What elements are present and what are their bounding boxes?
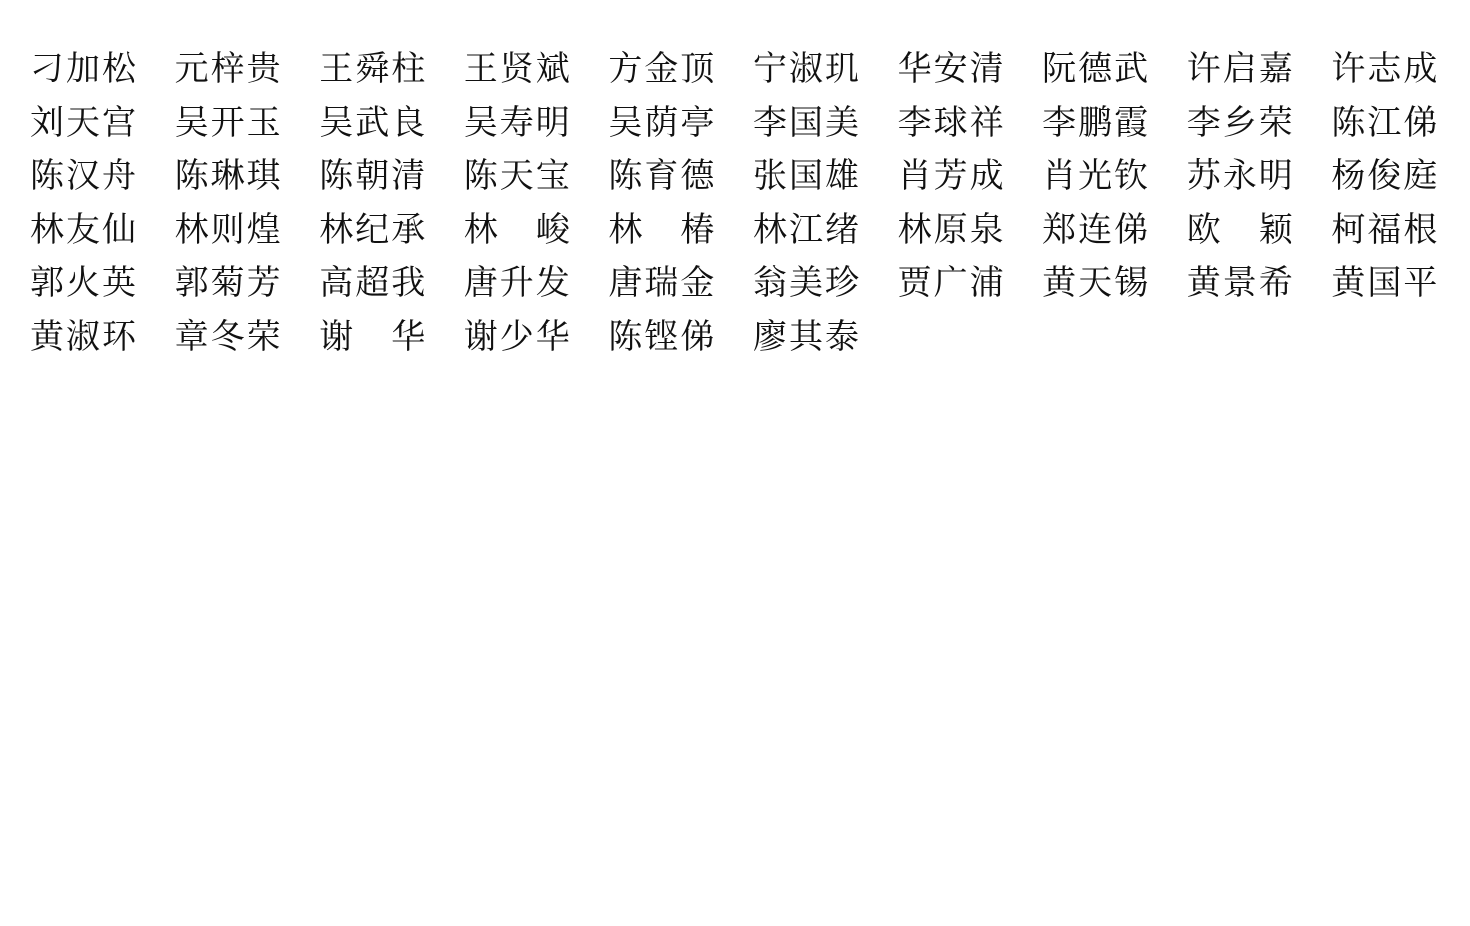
name-entry: 林则煌 bbox=[175, 206, 281, 254]
name-character: 锡 bbox=[1114, 259, 1148, 307]
name-character: 俤 bbox=[1114, 206, 1148, 254]
name-character: 美 bbox=[825, 99, 859, 147]
name-character: 淑 bbox=[66, 313, 100, 361]
name-character: 李 bbox=[1187, 99, 1221, 147]
name-entry: 元梓贵 bbox=[175, 45, 281, 93]
name-entry: 廖其泰 bbox=[753, 313, 859, 361]
name-entry: 李鹏霞 bbox=[1042, 99, 1148, 147]
name-character: 淑 bbox=[789, 45, 823, 93]
name-character: 承 bbox=[391, 206, 425, 254]
name-character: 泉 bbox=[970, 206, 1004, 254]
name-entry: 方金顶 bbox=[608, 45, 714, 93]
name-character: 唐 bbox=[608, 259, 642, 307]
name-character: 寿 bbox=[500, 99, 534, 147]
name-character: 少 bbox=[500, 313, 534, 361]
name-character: 柯 bbox=[1331, 206, 1365, 254]
name-character: 根 bbox=[1403, 206, 1437, 254]
name-character: 庭 bbox=[1403, 152, 1437, 200]
name-character: 启 bbox=[1223, 45, 1257, 93]
name-entry: 章冬荣 bbox=[175, 313, 281, 361]
name-character: 椿 bbox=[680, 206, 714, 254]
name-character: 原 bbox=[934, 206, 968, 254]
name-character: 仙 bbox=[102, 206, 136, 254]
name-character: 天 bbox=[66, 99, 100, 147]
name-character: 林 bbox=[608, 206, 642, 254]
name-entry: 王舜柱 bbox=[319, 45, 425, 93]
name-character: 梓 bbox=[211, 45, 245, 93]
name-entry: 谢华 bbox=[319, 313, 425, 361]
name-character: 超 bbox=[355, 259, 389, 307]
name-character: 陈 bbox=[1331, 99, 1365, 147]
name-entry: 黄景希 bbox=[1187, 259, 1293, 307]
name-character: 朝 bbox=[355, 152, 389, 200]
name-character: 琳 bbox=[211, 152, 245, 200]
name-character: 贵 bbox=[247, 45, 281, 93]
name-character: 肖 bbox=[1042, 152, 1076, 200]
name-entry: 林纪承 bbox=[319, 206, 425, 254]
name-character: 德 bbox=[1078, 45, 1112, 93]
name-character: 吴 bbox=[608, 99, 642, 147]
name-character: 宝 bbox=[536, 152, 570, 200]
name-entry: 欧颖 bbox=[1187, 206, 1293, 254]
name-entry: 李球祥 bbox=[898, 99, 1004, 147]
name-character: 其 bbox=[789, 313, 823, 361]
name-entry: 华安清 bbox=[898, 45, 1004, 93]
name-character: 元 bbox=[175, 45, 209, 93]
name-character: 方 bbox=[608, 45, 642, 93]
name-character: 宁 bbox=[753, 45, 787, 93]
name-character: 宫 bbox=[102, 99, 136, 147]
name-character: 肖 bbox=[898, 152, 932, 200]
name-entry: 翁美珍 bbox=[753, 259, 859, 307]
name-entry: 吴武良 bbox=[319, 99, 425, 147]
name-character: 加 bbox=[66, 45, 100, 93]
name-character: 安 bbox=[934, 45, 968, 93]
name-character: 清 bbox=[970, 45, 1004, 93]
name-character: 志 bbox=[1367, 45, 1401, 93]
name-entry: 吴开玉 bbox=[175, 99, 281, 147]
name-character: 郑 bbox=[1042, 206, 1076, 254]
name-character: 黄 bbox=[1042, 259, 1076, 307]
name-character: 亭 bbox=[680, 99, 714, 147]
name-character: 德 bbox=[680, 152, 714, 200]
name-character: 球 bbox=[934, 99, 968, 147]
name-character: 开 bbox=[211, 99, 245, 147]
name-entry: 谢少华 bbox=[464, 313, 570, 361]
name-character: 天 bbox=[1078, 259, 1112, 307]
name-character: 斌 bbox=[536, 45, 570, 93]
name-character: 林 bbox=[898, 206, 932, 254]
name-character: 黄 bbox=[1331, 259, 1365, 307]
name-character: 芳 bbox=[247, 259, 281, 307]
name-character: 纪 bbox=[355, 206, 389, 254]
name-character: 清 bbox=[391, 152, 425, 200]
name-entry: 阮德武 bbox=[1042, 45, 1148, 93]
name-character: 贾 bbox=[898, 259, 932, 307]
name-character: 李 bbox=[898, 99, 932, 147]
name-character: 雄 bbox=[825, 152, 859, 200]
name-entry: 郭火英 bbox=[30, 259, 136, 307]
name-entry: 陈铿俤 bbox=[608, 313, 714, 361]
name-character: 欧 bbox=[1187, 206, 1221, 254]
name-character: 菊 bbox=[211, 259, 245, 307]
name-character: 永 bbox=[1223, 152, 1257, 200]
name-character: 陈 bbox=[319, 152, 353, 200]
name-entry: 吴寿明 bbox=[464, 99, 570, 147]
name-character: 郭 bbox=[30, 259, 64, 307]
name-character: 连 bbox=[1078, 206, 1112, 254]
name-entry: 吴荫亭 bbox=[608, 99, 714, 147]
name-character: 鹏 bbox=[1078, 99, 1112, 147]
name-character: 霞 bbox=[1114, 99, 1148, 147]
name-character: 天 bbox=[500, 152, 534, 200]
name-character: 育 bbox=[644, 152, 678, 200]
name-character: 国 bbox=[789, 152, 823, 200]
name-character: 刁 bbox=[30, 45, 64, 93]
name-character: 英 bbox=[102, 259, 136, 307]
name-entry: 许启嘉 bbox=[1187, 45, 1293, 93]
name-list: 刁加松元梓贵王舜柱王贤斌方金顶宁淑玑华安清阮德武许启嘉许志成刘天宫吴开玉吴武良吴… bbox=[30, 45, 1470, 367]
name-character: 林 bbox=[175, 206, 209, 254]
name-character: 环 bbox=[102, 313, 136, 361]
name-character: 国 bbox=[789, 99, 823, 147]
name-entry: 郭菊芳 bbox=[175, 259, 281, 307]
name-character: 华 bbox=[898, 45, 932, 93]
name-character: 吴 bbox=[319, 99, 353, 147]
name-character: 我 bbox=[391, 259, 425, 307]
name-entry: 唐升发 bbox=[464, 259, 570, 307]
name-character: 荣 bbox=[247, 313, 281, 361]
name-character: 嘉 bbox=[1259, 45, 1293, 93]
name-character: 福 bbox=[1367, 206, 1401, 254]
name-character: 唐 bbox=[464, 259, 498, 307]
name-character: 金 bbox=[680, 259, 714, 307]
name-character: 铿 bbox=[644, 313, 678, 361]
name-character: 广 bbox=[934, 259, 968, 307]
name-entry: 陈汉舟 bbox=[30, 152, 136, 200]
name-character: 冬 bbox=[211, 313, 245, 361]
name-character: 玑 bbox=[825, 45, 859, 93]
name-character: 舟 bbox=[102, 152, 136, 200]
name-character: 友 bbox=[66, 206, 100, 254]
name-character: 平 bbox=[1403, 259, 1437, 307]
name-entry: 苏永明 bbox=[1187, 152, 1293, 200]
name-character: 章 bbox=[175, 313, 209, 361]
name-entry: 张国雄 bbox=[753, 152, 859, 200]
name-character: 许 bbox=[1187, 45, 1221, 93]
name-character: 华 bbox=[391, 313, 425, 361]
name-character: 陈 bbox=[30, 152, 64, 200]
name-character: 景 bbox=[1223, 259, 1257, 307]
name-entry: 林椿 bbox=[608, 206, 714, 254]
name-character: 张 bbox=[753, 152, 787, 200]
name-character: 祥 bbox=[970, 99, 1004, 147]
name-character: 明 bbox=[536, 99, 570, 147]
name-entry: 陈朝清 bbox=[319, 152, 425, 200]
name-character: 陈 bbox=[175, 152, 209, 200]
name-character: 谢 bbox=[319, 313, 353, 361]
name-entry: 郑连俤 bbox=[1042, 206, 1148, 254]
name-character: 黄 bbox=[30, 313, 64, 361]
name-character: 瑞 bbox=[644, 259, 678, 307]
name-character: 升 bbox=[500, 259, 534, 307]
name-character: 俊 bbox=[1367, 152, 1401, 200]
name-entry: 贾广浦 bbox=[898, 259, 1004, 307]
name-character: 俤 bbox=[1403, 99, 1437, 147]
name-character: 陈 bbox=[464, 152, 498, 200]
name-character: 柱 bbox=[391, 45, 425, 93]
name-entry: 林峻 bbox=[464, 206, 570, 254]
name-character: 武 bbox=[355, 99, 389, 147]
name-character: 煌 bbox=[247, 206, 281, 254]
name-entry: 黄淑环 bbox=[30, 313, 136, 361]
name-entry: 李国美 bbox=[753, 99, 859, 147]
name-character: 江 bbox=[789, 206, 823, 254]
name-character: 廖 bbox=[753, 313, 787, 361]
name-character: 则 bbox=[211, 206, 245, 254]
name-entry: 黄国平 bbox=[1331, 259, 1437, 307]
name-character: 林 bbox=[464, 206, 498, 254]
name-character: 浦 bbox=[970, 259, 1004, 307]
name-character: 金 bbox=[644, 45, 678, 93]
name-entry: 王贤斌 bbox=[464, 45, 570, 93]
name-entry: 肖芳成 bbox=[898, 152, 1004, 200]
name-character: 顶 bbox=[680, 45, 714, 93]
name-character: 俤 bbox=[680, 313, 714, 361]
name-character: 乡 bbox=[1223, 99, 1257, 147]
name-character: 郭 bbox=[175, 259, 209, 307]
name-character: 荫 bbox=[644, 99, 678, 147]
name-character: 发 bbox=[536, 259, 570, 307]
name-character: 舜 bbox=[355, 45, 389, 93]
name-character: 美 bbox=[789, 259, 823, 307]
name-character: 王 bbox=[464, 45, 498, 93]
name-character: 珍 bbox=[825, 259, 859, 307]
name-character: 翁 bbox=[753, 259, 787, 307]
name-character: 良 bbox=[391, 99, 425, 147]
name-entry: 林江绪 bbox=[753, 206, 859, 254]
name-character: 陈 bbox=[608, 152, 642, 200]
name-character: 琪 bbox=[247, 152, 281, 200]
name-character: 汉 bbox=[66, 152, 100, 200]
name-character: 玉 bbox=[247, 99, 281, 147]
name-character: 高 bbox=[319, 259, 353, 307]
name-character: 绪 bbox=[825, 206, 859, 254]
name-character: 林 bbox=[753, 206, 787, 254]
name-entry: 柯福根 bbox=[1331, 206, 1437, 254]
name-character: 松 bbox=[102, 45, 136, 93]
name-character: 刘 bbox=[30, 99, 64, 147]
name-entry: 陈育德 bbox=[608, 152, 714, 200]
name-character: 李 bbox=[1042, 99, 1076, 147]
name-entry: 高超我 bbox=[319, 259, 425, 307]
name-character: 光 bbox=[1078, 152, 1112, 200]
name-entry: 林原泉 bbox=[898, 206, 1004, 254]
name-character: 李 bbox=[753, 99, 787, 147]
name-character: 陈 bbox=[608, 313, 642, 361]
name-entry: 林友仙 bbox=[30, 206, 136, 254]
name-entry: 刁加松 bbox=[30, 45, 136, 93]
name-character: 火 bbox=[66, 259, 100, 307]
name-character: 明 bbox=[1259, 152, 1293, 200]
name-entry: 陈琳琪 bbox=[175, 152, 281, 200]
name-character: 吴 bbox=[175, 99, 209, 147]
name-character: 峻 bbox=[536, 206, 570, 254]
name-character: 谢 bbox=[464, 313, 498, 361]
name-character: 林 bbox=[319, 206, 353, 254]
name-character: 华 bbox=[536, 313, 570, 361]
name-entry: 刘天宫 bbox=[30, 99, 136, 147]
name-entry: 杨俊庭 bbox=[1331, 152, 1437, 200]
name-entry: 李乡荣 bbox=[1187, 99, 1293, 147]
name-character: 许 bbox=[1331, 45, 1365, 93]
name-character: 泰 bbox=[825, 313, 859, 361]
name-character: 武 bbox=[1114, 45, 1148, 93]
name-entry: 黄天锡 bbox=[1042, 259, 1148, 307]
name-character: 芳 bbox=[934, 152, 968, 200]
name-entry: 许志成 bbox=[1331, 45, 1437, 93]
name-character: 王 bbox=[319, 45, 353, 93]
name-entry: 陈天宝 bbox=[464, 152, 570, 200]
name-character: 吴 bbox=[464, 99, 498, 147]
name-entry: 肖光钦 bbox=[1042, 152, 1148, 200]
name-character: 林 bbox=[30, 206, 64, 254]
name-character: 颖 bbox=[1259, 206, 1293, 254]
name-character: 杨 bbox=[1331, 152, 1365, 200]
name-entry: 唐瑞金 bbox=[608, 259, 714, 307]
name-character: 贤 bbox=[500, 45, 534, 93]
name-character: 荣 bbox=[1259, 99, 1293, 147]
name-character: 苏 bbox=[1187, 152, 1221, 200]
name-entry: 陈江俤 bbox=[1331, 99, 1437, 147]
name-character: 钦 bbox=[1114, 152, 1148, 200]
name-character: 国 bbox=[1367, 259, 1401, 307]
name-character: 成 bbox=[1403, 45, 1437, 93]
name-character: 江 bbox=[1367, 99, 1401, 147]
name-character: 阮 bbox=[1042, 45, 1076, 93]
name-entry: 宁淑玑 bbox=[753, 45, 859, 93]
name-character: 成 bbox=[970, 152, 1004, 200]
name-character: 希 bbox=[1259, 259, 1293, 307]
name-character: 黄 bbox=[1187, 259, 1221, 307]
